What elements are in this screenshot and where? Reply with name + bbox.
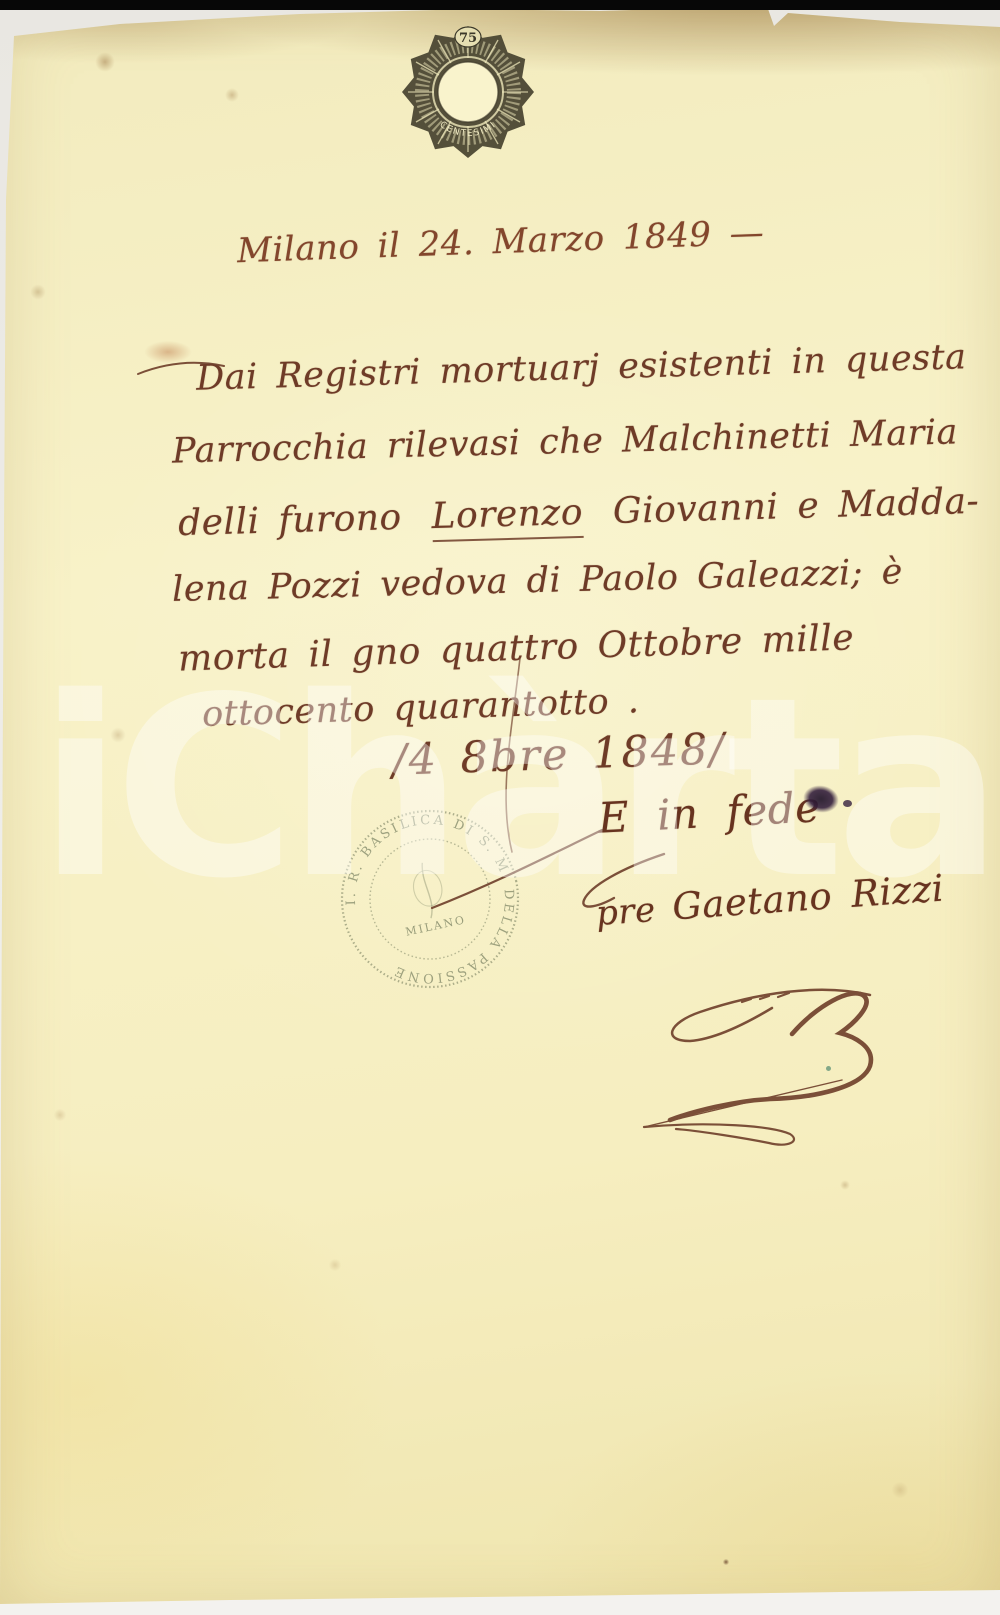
- ink-blot-dot: [843, 800, 852, 807]
- parish-seal-icon: I. R. BASILICA DI S. M. DELLA PASSIONE M…: [317, 786, 542, 1011]
- revenue-stamp-rosette-icon: 75 CENTESIMI: [400, 24, 536, 160]
- seal-center-text: MILANO: [404, 913, 467, 939]
- scanned-document: 75 CENTESIMI I. R. BASILICA DI S. M. DEL…: [0, 0, 1000, 1615]
- scan-top-edge: [0, 0, 1000, 10]
- revenue-stamp-value: 75: [459, 31, 477, 46]
- parish-seal: I. R. BASILICA DI S. M. DELLA PASSIONE M…: [317, 786, 542, 1011]
- signer-abbreviation: pre: [595, 890, 657, 934]
- body-line-3-prefix: delli furono: [178, 497, 403, 544]
- underlined-name-lorenzo: Lorenzo: [431, 492, 584, 542]
- paper-speck: [826, 1066, 831, 1071]
- revenue-stamp: 75 CENTESIMI: [400, 24, 536, 160]
